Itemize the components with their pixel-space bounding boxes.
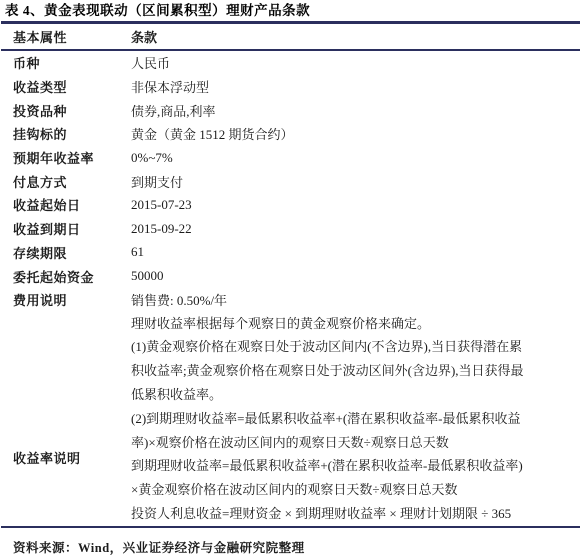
yield-line: 积收益率;黄金观察价格在观察日处于波动区间外(含边界),当日获得最: [131, 359, 578, 383]
row-label: 存续期限: [0, 243, 131, 262]
yield-line: (1)黄金观察价格在观察日处于波动区间内(不含边界),当日获得潜在累: [131, 335, 578, 359]
row-label: 收益类型: [0, 77, 131, 96]
row-label: 付息方式: [0, 172, 131, 191]
row-start-date: 收益起始日 2015-07-23: [0, 193, 582, 217]
yield-line: 理财收益率根据每个观察日的黄金观察价格来确定。: [131, 312, 578, 336]
yield-line: 投资人利息收益=理财资金 × 到期理财收益率 × 理财计划期限 ÷ 365: [131, 502, 578, 526]
row-value: 到期支付: [131, 172, 582, 191]
yield-explanation-text: 理财收益率根据每个观察日的黄金观察价格来确定。 (1)黄金观察价格在观察日处于波…: [131, 312, 582, 526]
yield-line: 低累积收益率。: [131, 383, 578, 407]
row-value: 61: [131, 244, 582, 260]
yield-line: 到期理财收益率=最低累积收益率+(潜在累积收益率-最低累积收益率): [131, 454, 578, 478]
row-label: 收益到期日: [0, 219, 131, 238]
header-attribute: 基本属性: [0, 27, 131, 46]
row-label: 委托起始资金: [0, 267, 131, 286]
row-value: 销售费: 0.50%/年: [131, 290, 582, 309]
table-title: 表 4、黄金表现联动（区间累积型）理财产品条款: [0, 0, 582, 21]
row-value: 50000: [131, 268, 582, 284]
yield-line: (2)到期理财收益率=最低累积收益率+(潜在累积收益率-最低累积收益: [131, 407, 578, 431]
row-value: 2015-07-23: [131, 197, 582, 213]
row-yield-type: 收益类型 非保本浮动型: [0, 75, 582, 99]
document-page: 表 4、黄金表现联动（区间累积型）理财产品条款 基本属性 条款 币种 人民币 收…: [0, 0, 582, 556]
row-value: 0%~7%: [131, 150, 582, 166]
row-interest-payment: 付息方式 到期支付: [0, 169, 582, 193]
row-expected-annual-yield: 预期年收益率 0%~7%: [0, 146, 582, 170]
row-min-investment: 委托起始资金 50000: [0, 264, 582, 288]
terms-table: 基本属性 条款 币种 人民币 收益类型 非保本浮动型 投资品种 债券,商品,利率…: [0, 24, 582, 526]
row-investment-type: 投资品种 债券,商品,利率: [0, 98, 582, 122]
row-value: 债券,商品,利率: [131, 101, 582, 120]
row-currency: 币种 人民币: [0, 51, 582, 75]
row-label: 收益起始日: [0, 195, 131, 214]
yield-line: ×黄金观察价格在波动区间内的观察日天数÷观察日总天数: [131, 478, 578, 502]
row-label: 挂钩标的: [0, 124, 131, 143]
row-yield-explanation: 收益率说明 理财收益率根据每个观察日的黄金观察价格来确定。 (1)黄金观察价格在…: [0, 312, 582, 526]
row-value: 黄金（黄金 1512 期货合约）: [131, 124, 582, 143]
row-label: 收益率说明: [0, 312, 131, 526]
yield-line: 率)×观察价格在波动区间内的观察日天数÷观察日总天数: [131, 431, 578, 455]
row-label: 币种: [0, 53, 131, 72]
source-note: 资料来源：Wind，兴业证券经济与金融研究院整理: [0, 528, 582, 556]
row-value: 人民币: [131, 53, 582, 72]
row-maturity-date: 收益到期日 2015-09-22: [0, 217, 582, 241]
row-duration: 存续期限 61: [0, 241, 582, 265]
row-linked-underlying: 挂钩标的 黄金（黄金 1512 期货合约）: [0, 122, 582, 146]
row-value: 非保本浮动型: [131, 77, 582, 96]
table-header-row: 基本属性 条款: [0, 24, 582, 49]
header-terms: 条款: [131, 27, 582, 46]
row-label: 预期年收益率: [0, 148, 131, 167]
row-label: 费用说明: [0, 290, 131, 309]
row-value: 2015-09-22: [131, 221, 582, 237]
row-fee-description: 费用说明 销售费: 0.50%/年: [0, 288, 582, 312]
row-label: 投资品种: [0, 101, 131, 120]
